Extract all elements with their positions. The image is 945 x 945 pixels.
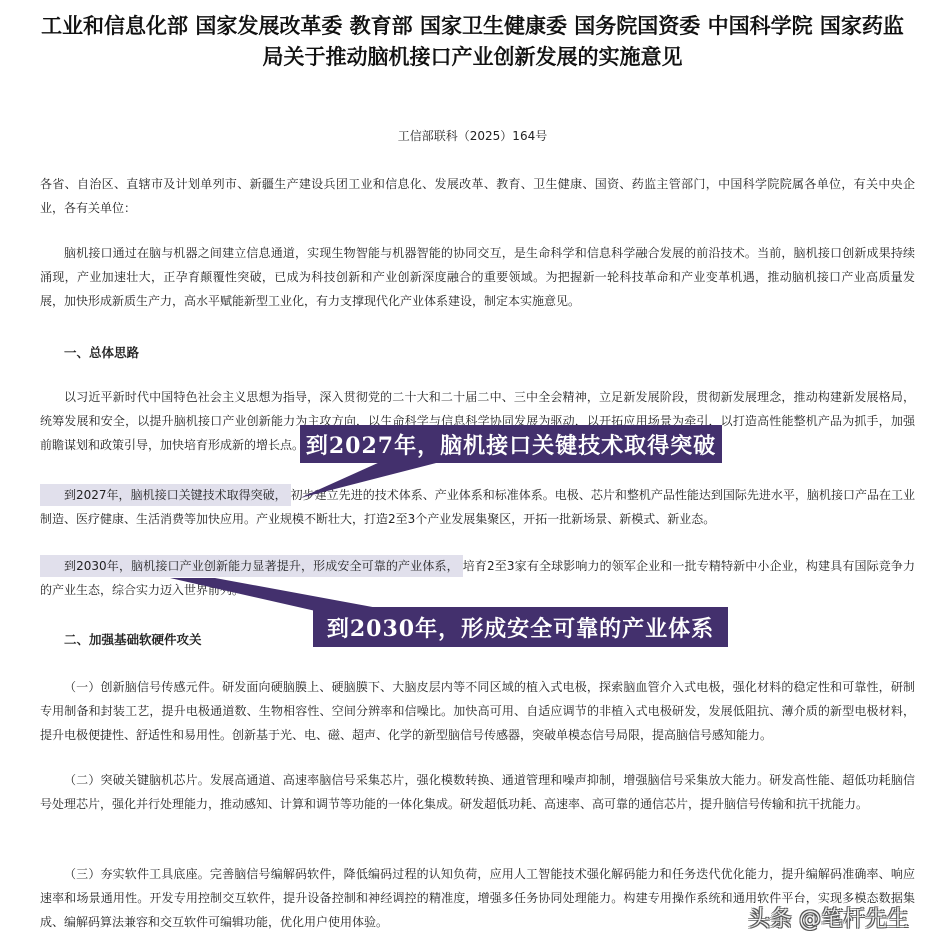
goal-2027-highlight: 到2027年，脑机接口关键技术取得突破， [40, 484, 291, 506]
callout-2027: 到2027年，脑机接口关键技术取得突破 [300, 425, 722, 463]
callout-2030: 到2030年，形成安全可靠的产业体系 [313, 607, 728, 647]
goal-2027-paragraph: 到2027年，脑机接口关键技术取得突破，初步建立先进的技术体系、产业体系和标准体… [40, 483, 915, 531]
salutation: 各省、自治区、直辖市及计划单列市、新疆生产建设兵团工业和信息化、发展改革、教育、… [40, 172, 915, 220]
section-heading-2: 二、加强基础软硬件攻关 [64, 630, 202, 648]
document-title-line1: 工业和信息化部 国家发展改革委 教育部 国家卫生健康委 国务院国资委 中国科学院… [0, 10, 945, 40]
watermark: 头条 @笔杆先生 [748, 902, 909, 933]
item-1-paragraph: （一）创新脑信号传感元件。研发面向硬脑膜上、硬脑膜下、大脑皮层内等不同区域的植入… [40, 675, 915, 747]
callout-2027-text: 到2027年，脑机接口关键技术取得突破 [306, 429, 716, 460]
goal-2030-paragraph: 到2030年，脑机接口产业创新能力显著提升，形成安全可靠的产业体系，培育2至3家… [40, 554, 915, 602]
goal-2030-highlight: 到2030年，脑机接口产业创新能力显著提升，形成安全可靠的产业体系， [40, 555, 463, 577]
intro-paragraph: 脑机接口通过在脑与机器之间建立信息通道，实现生物智能与机器智能的协同交互，是生命… [40, 241, 915, 313]
document-title-line2: 局关于推动脑机接口产业创新发展的实施意见 [0, 41, 945, 71]
document-number: 工信部联科（2025）164号 [0, 127, 945, 144]
callout-2030-text: 到2030年，形成安全可靠的产业体系 [327, 612, 714, 643]
item-2-paragraph: （二）突破关键脑机芯片。发展高通道、高速率脑信号采集芯片，强化模数转换、通道管理… [40, 768, 915, 816]
section-heading-1: 一、总体思路 [64, 343, 139, 361]
